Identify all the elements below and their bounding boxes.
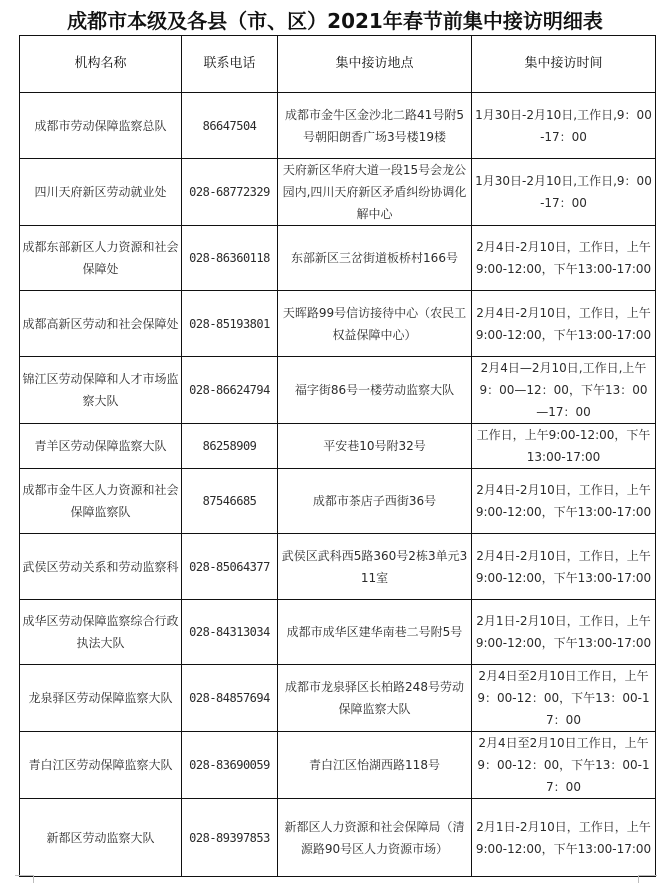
location-cell: 平安巷10号附32号 xyxy=(278,424,472,469)
header-org-name: 机构名称 xyxy=(20,36,182,93)
location-cell: 天府新区华府大道一段15号会龙公园内,四川天府新区矛盾纠纷协调化解中心 xyxy=(278,159,472,226)
phone-cell: 028-85193801 xyxy=(182,291,278,357)
org-name-cell: 成都市金牛区人力资源和社会保障监察队 xyxy=(20,469,182,534)
document-title: 成都市本级及各县（市、区）2021年春节前集中接访明细表 xyxy=(0,8,670,34)
phone-cell: 028-86624794 xyxy=(182,357,278,424)
time-cell: 2月1日-2月10日，工作日，上午9:00-12:00，下午13:00-17:0… xyxy=(472,799,656,877)
table-row: 成都市金牛区人力资源和社会保障监察队 87546685 成都市茶店子西街36号 … xyxy=(20,469,656,534)
location-cell: 新都区人力资源和社会保障局（清源路90号区人力资源市场） xyxy=(278,799,472,877)
phone-cell: 86647504 xyxy=(182,93,278,159)
org-name-cell: 龙泉驿区劳动保障监察大队 xyxy=(20,665,182,732)
page-corner-mark-left xyxy=(15,875,34,883)
phone-cell: 028-84313034 xyxy=(182,600,278,665)
table-row: 青羊区劳动保障监察大队 86258909 平安巷10号附32号 工作日，上午9:… xyxy=(20,424,656,469)
phone-cell: 028-86360118 xyxy=(182,226,278,291)
phone-cell: 028-83690059 xyxy=(182,732,278,799)
time-cell: 1月30日-2月10日,工作日,9：00-17：00 xyxy=(472,93,656,159)
table-header-row: 机构名称 联系电话 集中接访地点 集中接访时间 xyxy=(20,36,656,93)
time-cell: 2月4日-2月10日，工作日，上午9:00-12:00，下午13:00-17:0… xyxy=(472,226,656,291)
time-cell: 2月1日-2月10日，工作日，上午9:00-12:00，下午13:00-17:0… xyxy=(472,600,656,665)
table-row: 成都高新区劳动和社会保障处 028-85193801 天晖路99号信访接待中心（… xyxy=(20,291,656,357)
phone-cell: 028-89397853 xyxy=(182,799,278,877)
time-cell: 工作日，上午9:00-12:00，下午13:00-17:00 xyxy=(472,424,656,469)
org-name-cell: 武侯区劳动关系和劳动监察科 xyxy=(20,534,182,600)
table-row: 成都市劳动保障监察总队 86647504 成都市金牛区金沙北二路41号附5号朝阳… xyxy=(20,93,656,159)
time-cell: 2月4日-2月10日，工作日，上午9:00-12:00，下午13:00-17:0… xyxy=(472,291,656,357)
location-cell: 成都市金牛区金沙北二路41号附5号朝阳朗香广场3号楼19楼 xyxy=(278,93,472,159)
org-name-cell: 新都区劳动监察大队 xyxy=(20,799,182,877)
location-cell: 福字街86号一楼劳动监察大队 xyxy=(278,357,472,424)
table-row: 成都东部新区人力资源和社会保障处 028-86360118 东部新区三岔街道板桥… xyxy=(20,226,656,291)
table-row: 新都区劳动监察大队 028-89397853 新都区人力资源和社会保障局（清源路… xyxy=(20,799,656,877)
phone-cell: 87546685 xyxy=(182,469,278,534)
table-row: 成华区劳动保障监察综合行政执法大队 028-84313034 成都市成华区建华南… xyxy=(20,600,656,665)
table-row: 四川天府新区劳动就业处 028-68772329 天府新区华府大道一段15号会龙… xyxy=(20,159,656,226)
location-cell: 成都市成华区建华南巷二号附5号 xyxy=(278,600,472,665)
time-cell: 2月4日至2月10日工作日，上午9：00-12：00，下午13：00-17：00 xyxy=(472,665,656,732)
table-row: 锦江区劳动保障和人才市场监察大队 028-86624794 福字街86号一楼劳动… xyxy=(20,357,656,424)
location-cell: 青白江区怡湖西路118号 xyxy=(278,732,472,799)
header-location: 集中接访地点 xyxy=(278,36,472,93)
org-name-cell: 四川天府新区劳动就业处 xyxy=(20,159,182,226)
location-cell: 天晖路99号信访接待中心（农民工权益保障中心） xyxy=(278,291,472,357)
time-cell: 2月4日-2月10日，工作日，上午9:00-12:00，下午13:00-17:0… xyxy=(472,469,656,534)
visit-schedule-table: 机构名称 联系电话 集中接访地点 集中接访时间 成都市劳动保障监察总队 8664… xyxy=(19,35,656,877)
time-cell: 2月4日至2月10日工作日，上午9：00-12：00，下午13：00-17：00 xyxy=(472,732,656,799)
phone-cell: 86258909 xyxy=(182,424,278,469)
phone-cell: 028-68772329 xyxy=(182,159,278,226)
org-name-cell: 成华区劳动保障监察综合行政执法大队 xyxy=(20,600,182,665)
phone-cell: 028-84857694 xyxy=(182,665,278,732)
header-time: 集中接访时间 xyxy=(472,36,656,93)
org-name-cell: 成都高新区劳动和社会保障处 xyxy=(20,291,182,357)
time-cell: 1月30日-2月10日,工作日,9：00-17：00 xyxy=(472,159,656,226)
org-name-cell: 成都东部新区人力资源和社会保障处 xyxy=(20,226,182,291)
location-cell: 成都市茶店子西街36号 xyxy=(278,469,472,534)
location-cell: 武侯区武科西5路360号2栋3单元311室 xyxy=(278,534,472,600)
org-name-cell: 青白江区劳动保障监察大队 xyxy=(20,732,182,799)
phone-cell: 028-85064377 xyxy=(182,534,278,600)
time-cell: 2月4日-2月10日，工作日，上午9:00-12:00，下午13:00-17:0… xyxy=(472,534,656,600)
org-name-cell: 锦江区劳动保障和人才市场监察大队 xyxy=(20,357,182,424)
page-corner-mark-right xyxy=(638,875,657,883)
org-name-cell: 青羊区劳动保障监察大队 xyxy=(20,424,182,469)
table-row: 武侯区劳动关系和劳动监察科 028-85064377 武侯区武科西5路360号2… xyxy=(20,534,656,600)
time-cell: 2月4日—2月10日,工作日,上午9：00—12：00，下午13：00—17：0… xyxy=(472,357,656,424)
location-cell: 成都市龙泉驿区长柏路248号劳动保障监察大队 xyxy=(278,665,472,732)
header-phone: 联系电话 xyxy=(182,36,278,93)
location-cell: 东部新区三岔街道板桥村166号 xyxy=(278,226,472,291)
table-row: 龙泉驿区劳动保障监察大队 028-84857694 成都市龙泉驿区长柏路248号… xyxy=(20,665,656,732)
table-row: 青白江区劳动保障监察大队 028-83690059 青白江区怡湖西路118号 2… xyxy=(20,732,656,799)
org-name-cell: 成都市劳动保障监察总队 xyxy=(20,93,182,159)
